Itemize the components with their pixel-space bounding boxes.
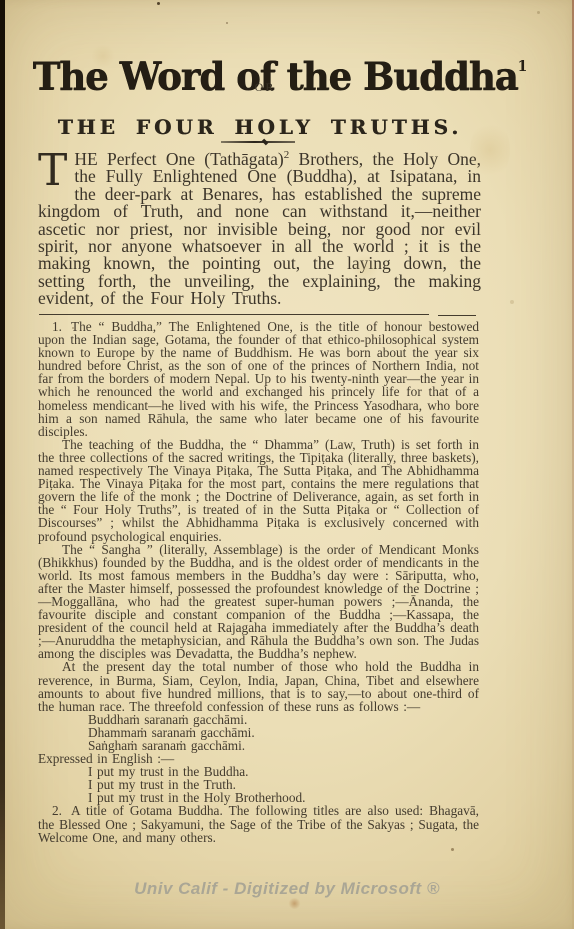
- main-paragraph: THE Perfect One (Tathāgata)2 Brothers, t…: [38, 151, 481, 308]
- footnote-1-para-1: 1.The “ Buddha,” The Enlightened One, is…: [38, 320, 479, 438]
- footnote-rule-long-segment: [39, 314, 429, 315]
- footnote-1-para-4: At the present day the total number of t…: [38, 660, 479, 712]
- paper-speck: [537, 11, 540, 14]
- pali-confession-line: Buddhaṁ saranaṁ gacchāmi.: [88, 713, 479, 726]
- paper-speck: [510, 300, 514, 304]
- footnote-1-para-3: The “ Sangha ” (literally, Assemblage) i…: [38, 543, 479, 661]
- english-confession-list: I put my trust in the Buddha. I put my t…: [38, 765, 479, 804]
- footnote-separator-rule: [39, 314, 476, 316]
- footnotes-section: 1.The “ Buddha,” The Enlightened One, is…: [38, 320, 479, 844]
- paper-speck: [451, 848, 454, 851]
- paper-speck: [157, 2, 160, 5]
- pali-confession-list: Buddhaṁ saranaṁ gacchāmi. Dhammaṁ sarana…: [38, 713, 479, 752]
- footnote-rule-short-segment: [438, 315, 476, 316]
- drop-cap: T: [38, 151, 74, 186]
- paper-stain: [288, 898, 301, 909]
- page-subtitle: THE FOUR HOLY TRUTHS.: [0, 115, 520, 139]
- footnote-1-para-2: The teaching of the Buddha, the “ Dhamma…: [38, 438, 479, 543]
- footnote-1-para-1-text: The “ Buddha,” The Enlightened One, is t…: [38, 319, 479, 439]
- main-paragraph-rest: Brothers, the Holy One, the Fully Enligh…: [38, 149, 481, 308]
- subtitle-or: OR: [0, 80, 530, 95]
- title-footnote-marker: 1: [518, 58, 528, 75]
- gutter-shadow-left: [0, 0, 5, 929]
- book-page: The Word of the Buddha1 OR THE FOUR HOLY…: [0, 0, 574, 929]
- footnote-2: 2.A title of Gotama Buddha. The followin…: [38, 804, 479, 843]
- title-divider: [221, 141, 295, 143]
- digitization-watermark: Univ Calif - Digitized by Microsoft ®: [0, 879, 574, 899]
- footnote-2-text: A title of Gotama Buddha. The following …: [38, 803, 479, 844]
- paper-speck: [226, 22, 228, 24]
